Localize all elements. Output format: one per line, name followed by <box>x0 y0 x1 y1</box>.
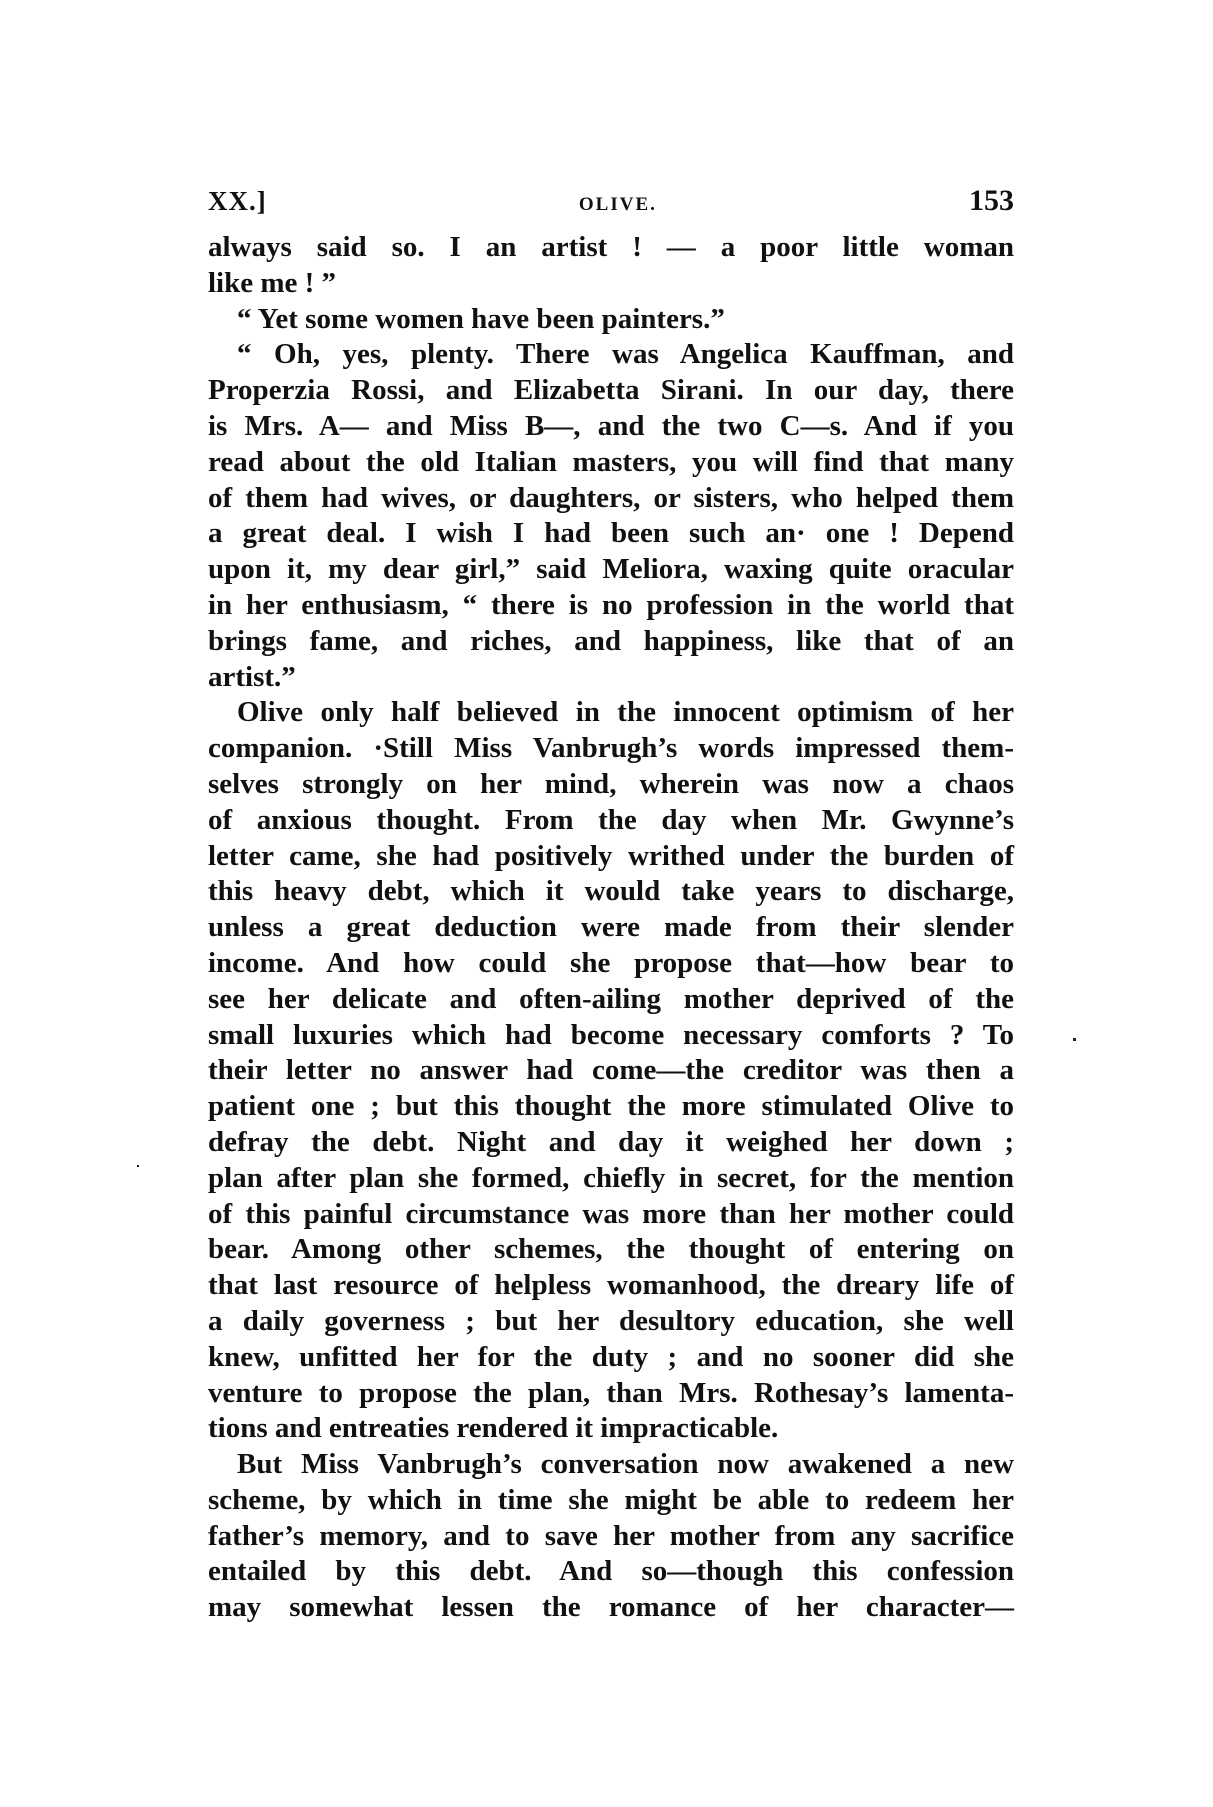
text-line: always said so. I an artist ! — a poor l… <box>208 230 1014 266</box>
text-line: father’s memory, and to save her mother … <box>208 1519 1014 1555</box>
text-line: upon it, my dear girl,” said Meliora, wa… <box>208 552 1014 588</box>
text-line: patient one ; but this thought the more … <box>208 1089 1014 1125</box>
text-line: of this painful circumstance was more th… <box>208 1197 1014 1233</box>
text-line: venture to propose the plan, than Mrs. R… <box>208 1376 1014 1412</box>
body-text: always said so. I an artist ! — a poor l… <box>208 230 1014 1626</box>
text-line: brings fame, and riches, and happiness, … <box>208 624 1014 660</box>
text-line: in her enthusiasm, “ there is no profess… <box>208 588 1014 624</box>
running-head: XX.] OLIVE. 153 <box>208 184 1014 220</box>
text-line: But Miss Vanbrugh’s conversation now awa… <box>208 1447 1014 1483</box>
text-line: Olive only half believed in the innocent… <box>208 695 1014 731</box>
book-page: XX.] OLIVE. 153 always said so. I an art… <box>208 184 1014 1626</box>
text-line: a great deal. I wish I had been such an·… <box>208 516 1014 552</box>
chapter-number: XX.] <box>208 186 267 217</box>
text-line: income. And how could she propose that—h… <box>208 946 1014 982</box>
text-line: “ Yet some women have been painters.” <box>208 302 1014 338</box>
page-number: 153 <box>969 184 1014 218</box>
scan-speck <box>137 1165 139 1167</box>
text-line: like me ! ” <box>208 266 1014 302</box>
text-line: is Mrs. A— and Miss B—, and the two C—s.… <box>208 409 1014 445</box>
text-line: entailed by this debt. And so—though thi… <box>208 1554 1014 1590</box>
text-line: of them had wives, or daughters, or sist… <box>208 481 1014 517</box>
text-line: their letter no answer had come—the cred… <box>208 1053 1014 1089</box>
text-line: companion. ·Still Miss Vanbrugh’s words … <box>208 731 1014 767</box>
text-line: unless a great deduction were made from … <box>208 910 1014 946</box>
text-line: scheme, by which in time she might be ab… <box>208 1483 1014 1519</box>
text-line: Properzia Rossi, and Elizabetta Sirani. … <box>208 373 1014 409</box>
text-line: knew, unfitted her for the duty ; and no… <box>208 1340 1014 1376</box>
text-line: tions and entreaties rendered it impract… <box>208 1411 1014 1447</box>
text-line: letter came, she had positively writhed … <box>208 839 1014 875</box>
text-line: defray the debt. Night and day it weighe… <box>208 1125 1014 1161</box>
text-line: selves strongly on her mind, wherein was… <box>208 767 1014 803</box>
text-line: bear. Among other schemes, the thought o… <box>208 1232 1014 1268</box>
book-title: OLIVE. <box>579 194 657 216</box>
text-line: small luxuries which had become necessar… <box>208 1018 1014 1054</box>
text-line: this heavy debt, which it would take yea… <box>208 874 1014 910</box>
text-line: artist.” <box>208 660 1014 696</box>
text-line: that last resource of helpless womanhood… <box>208 1268 1014 1304</box>
text-line: “ Oh, yes, plenty. There was Angelica Ka… <box>208 337 1014 373</box>
scan-speck <box>1073 1038 1076 1041</box>
text-line: a daily governess ; but her desultory ed… <box>208 1304 1014 1340</box>
text-line: plan after plan she formed, chiefly in s… <box>208 1161 1014 1197</box>
text-line: of anxious thought. From the day when Mr… <box>208 803 1014 839</box>
text-line: may somewhat lessen the romance of her c… <box>208 1590 1014 1626</box>
text-line: see her delicate and often-ailing mother… <box>208 982 1014 1018</box>
text-line: read about the old Italian masters, you … <box>208 445 1014 481</box>
